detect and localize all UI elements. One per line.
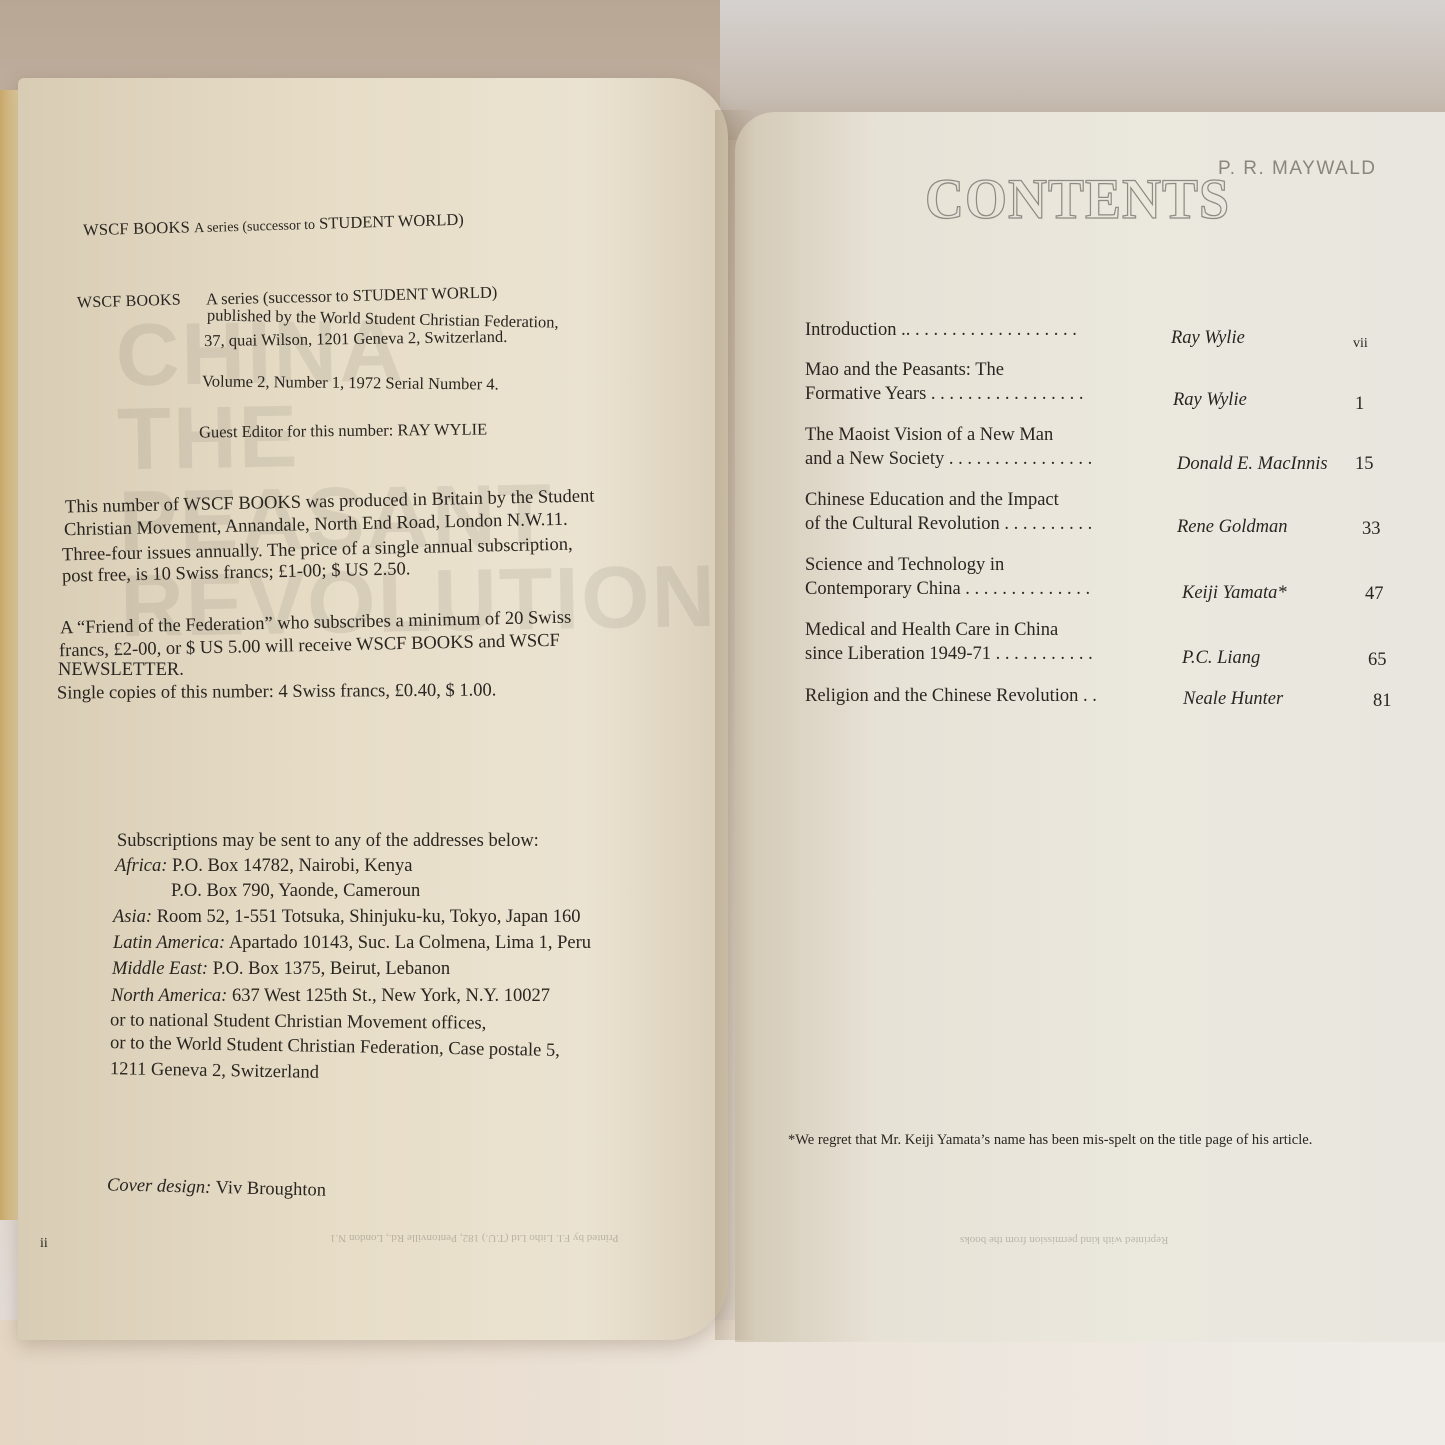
toc-title: The Maoist Vision of a New Man <box>805 423 1395 447</box>
contents-heading: CONTENTS <box>925 166 1230 231</box>
show-through-printer-line: Printed by F.I. Litho Ltd (T.U.) 182, Pe… <box>330 1232 619 1244</box>
toc-entry: Religion and the Chinese Revolution . . … <box>805 684 1395 708</box>
address: Room 52, 1-551 Totsuka, Shinjuku-ku, Tok… <box>157 907 581 927</box>
toc-title: Science and Technology in <box>805 553 1395 577</box>
address: P.O. Box 790, Yaonde, Cameroun <box>171 881 420 901</box>
issue-info: Volume 2, Number 1, 1972 Serial Number 4… <box>202 368 499 396</box>
address-line: Latin America: Apartado 10143, Suc. La C… <box>113 931 591 956</box>
subscriptions-intro: Subscriptions may be sent to any of the … <box>117 829 539 854</box>
toc-page: 1 <box>1355 392 1364 416</box>
friend-line: NEWSLETTER. <box>58 658 184 683</box>
toc-entry: Medical and Health Care in China since L… <box>805 618 1395 666</box>
toc-title: Introduction .. . . . . . . . . . . . . … <box>805 318 1395 342</box>
toc-page: 81 <box>1373 689 1392 713</box>
region-label: Latin America: <box>113 933 225 953</box>
owner-stamp: P. R. MAYWALD <box>1218 158 1377 180</box>
toc-entry: The Maoist Vision of a New Man and a New… <box>805 423 1395 471</box>
address-line: Middle East: P.O. Box 1375, Beirut, Leba… <box>112 957 450 982</box>
toc-page: vii <box>1353 332 1368 356</box>
page-number: ii <box>40 1236 48 1252</box>
region-label: Africa: <box>115 856 167 876</box>
series-name: STUDENT WORLD) <box>319 210 464 233</box>
right-page <box>735 112 1445 1342</box>
toc-entry: Mao and the Peasants: The Formative Year… <box>805 358 1395 406</box>
toc-page: 65 <box>1368 648 1387 672</box>
toc-author: Keiji Yamata* <box>1182 581 1287 605</box>
toc-title: Medical and Health Care in China <box>805 618 1395 642</box>
book-gutter <box>715 110 755 1340</box>
toc-entry: Science and Technology in Contemporary C… <box>805 553 1395 601</box>
toc-author: Neale Hunter <box>1183 687 1283 711</box>
toc-page: 15 <box>1355 452 1374 476</box>
toc-author: Donald E. MacInnis <box>1177 452 1328 476</box>
toc-author: Rene Goldman <box>1177 515 1287 539</box>
toc-author: Ray Wylie <box>1171 326 1245 350</box>
cover-designer: Viv Broughton <box>215 1178 326 1201</box>
toc-author: Ray Wylie <box>1173 388 1247 412</box>
show-through-credit-line: Reprinted with kind permission from the … <box>960 1234 1168 1246</box>
toc-page: 33 <box>1362 517 1381 541</box>
show-through-cover-title: CHINA THE PEASANT REVOLUTION <box>115 303 731 648</box>
erratum-footnote: *We regret that Mr. Keiji Yamata’s name … <box>788 1132 1312 1149</box>
toc-title: Mao and the Peasants: The <box>805 358 1395 382</box>
closing-line: 1211 Geneva 2, Switzerland <box>110 1057 319 1086</box>
toc-title: Contemporary China . . . . . . . . . . .… <box>805 577 1395 601</box>
address: 637 West 125th St., New York, N.Y. 10027 <box>232 986 550 1006</box>
cover-design-label: Cover design: <box>107 1175 212 1198</box>
address: Apartado 10143, Suc. La Colmena, Lima 1,… <box>229 933 591 953</box>
cover-design-credit: Cover design: Viv Broughton <box>107 1173 327 1203</box>
toc-title: since Liberation 1949-71 . . . . . . . .… <box>805 642 1395 666</box>
series-label: WSCF BOOKS <box>83 217 190 239</box>
masthead-line: 37, quai Wilson, 1201 Geneva 2, Switzerl… <box>204 324 508 353</box>
region-label: Middle East: <box>112 959 208 979</box>
address-line: Africa: P.O. Box 14782, Nairobi, Kenya <box>115 854 413 879</box>
toc-title: of the Cultural Revolution . . . . . . .… <box>805 512 1395 536</box>
toc-title: Formative Years . . . . . . . . . . . . … <box>805 382 1395 406</box>
region-label: North America: <box>111 986 227 1006</box>
address: P.O. Box 1375, Beirut, Lebanon <box>213 959 450 979</box>
address-line: P.O. Box 790, Yaonde, Cameroun <box>171 879 420 904</box>
address: P.O. Box 14782, Nairobi, Kenya <box>172 856 412 876</box>
book-cover-edge <box>0 90 18 1220</box>
guest-editor: Guest Editor for this number: RAY WYLIE <box>199 416 487 444</box>
guest-editor-label: Guest Editor for this number: <box>199 420 394 441</box>
guest-editor-name: RAY WYLIE <box>397 419 487 439</box>
address-line: Asia: Room 52, 1-551 Totsuka, Shinjuku-k… <box>113 905 580 930</box>
region-label: Asia: <box>113 907 152 927</box>
toc-entry: Chinese Education and the Impact of the … <box>805 488 1395 536</box>
toc-entry: Introduction .. . . . . . . . . . . . . … <box>805 318 1395 342</box>
series-prefix: A series (successor to <box>194 218 315 236</box>
single-copy-price: Single copies of this number: 4 Swiss fr… <box>57 678 497 706</box>
address-line: North America: 637 West 125th St., New Y… <box>111 984 550 1009</box>
masthead-label: WSCF BOOKS <box>77 288 181 316</box>
left-page: CHINA THE PEASANT REVOLUTION <box>18 78 728 1340</box>
toc-page: 47 <box>1365 582 1384 606</box>
toc-title: Religion and the Chinese Revolution . . <box>805 684 1395 708</box>
toc-title: Chinese Education and the Impact <box>805 488 1395 512</box>
toc-author: P.C. Liang <box>1182 646 1260 670</box>
